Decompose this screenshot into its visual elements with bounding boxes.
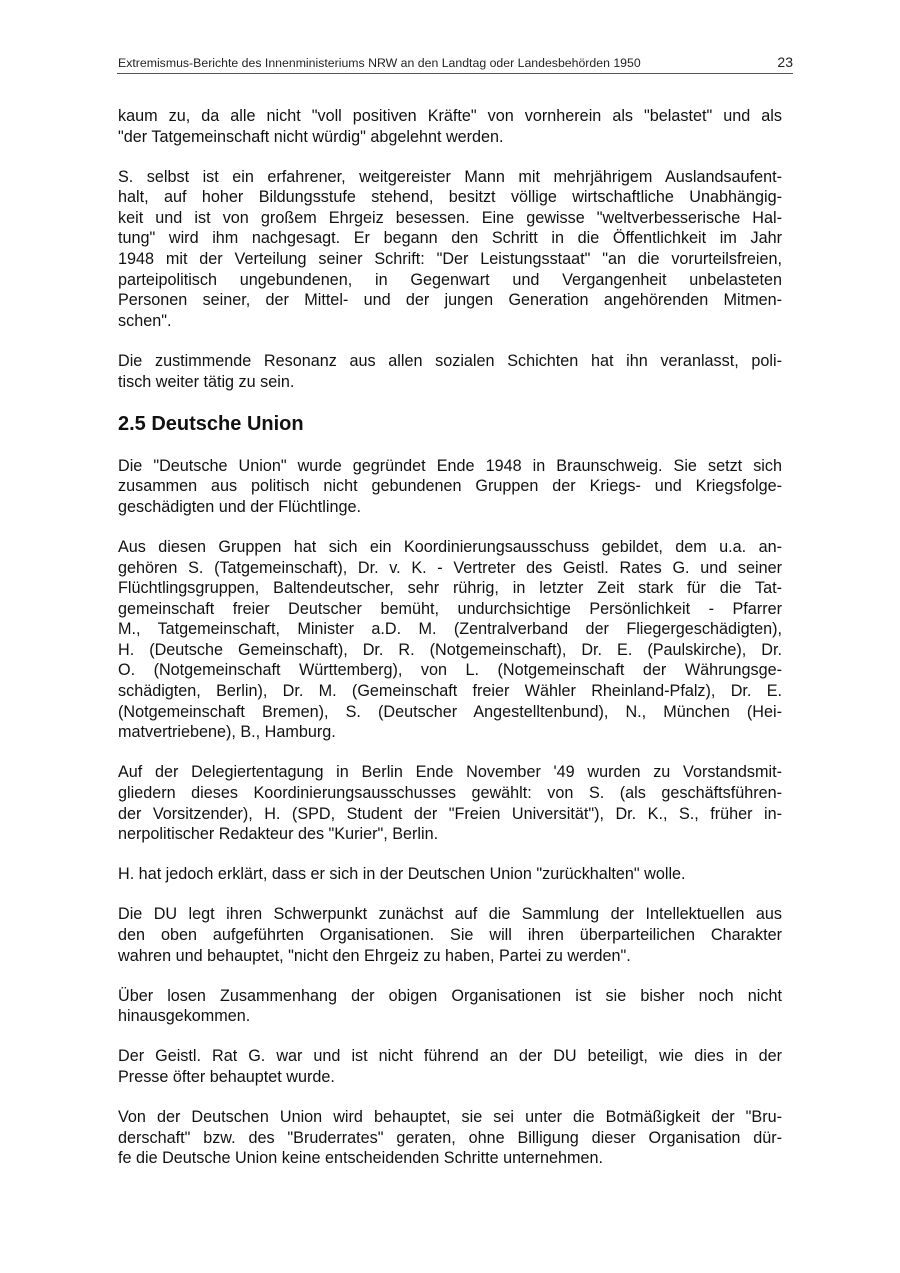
text-line: Der Geistl. Rat G. war und ist nicht füh… — [118, 1046, 782, 1067]
text-line: wahren und behauptet, "nicht den Ehrgeiz… — [118, 946, 782, 967]
text-line: Presse öfter behauptet wurde. — [118, 1067, 782, 1088]
text-line: gehören S. (Tatgemeinschaft), Dr. v. K. … — [118, 558, 782, 579]
text-line: nerpolitischer Redakteur des "Kurier", B… — [118, 824, 782, 845]
paragraph: Aus diesen Gruppen hat sich ein Koordini… — [118, 537, 782, 743]
text-line: fe die Deutsche Union keine entscheidend… — [118, 1148, 782, 1169]
text-line: hinausgekommen. — [118, 1006, 782, 1027]
text-line: Die zustimmende Resonanz aus allen sozia… — [118, 351, 782, 372]
text-line: gemeinschaft freier Deutscher bemüht, un… — [118, 599, 782, 620]
text-line: Von der Deutschen Union wird behauptet, … — [118, 1107, 782, 1128]
text-line: geschädigten und der Flüchtlinge. — [118, 497, 782, 518]
text-line: tung" wird ihm nachgesagt. Er begann den… — [118, 228, 782, 249]
text-line: S. selbst ist ein erfahrener, weitgereis… — [118, 167, 782, 188]
paragraph: Die zustimmende Resonanz aus allen sozia… — [118, 351, 782, 392]
text-line: den oben aufgeführten Organisationen. Si… — [118, 925, 782, 946]
text-line: (Notgemeinschaft Bremen), S. (Deutscher … — [118, 702, 782, 723]
text-line: Flüchtlingsgruppen, Baltendeutscher, seh… — [118, 578, 782, 599]
text-line: Auf der Delegiertentagung in Berlin Ende… — [118, 762, 782, 783]
text-line: keit und ist von großem Ehrgeiz besessen… — [118, 208, 782, 229]
paragraph: S. selbst ist ein erfahrener, weitgereis… — [118, 167, 782, 332]
text-line: der Vorsitzender), H. (SPD, Student der … — [118, 804, 782, 825]
text-line: parteipolitisch ungebundenen, in Gegenwa… — [118, 270, 782, 291]
text-line: zusammen aus politisch nicht gebundenen … — [118, 476, 782, 497]
text-line: H. (Deutsche Gemeinschaft), Dr. R. (Notg… — [118, 640, 782, 661]
text-line: kaum zu, da alle nicht "voll positiven K… — [118, 106, 782, 127]
text-line: schädigten, Berlin), Dr. M. (Gemeinschaf… — [118, 681, 782, 702]
paragraph: Die "Deutsche Union" wurde gegründet End… — [118, 456, 782, 518]
running-header: Extremismus-Berichte des Innenministeriu… — [117, 53, 793, 74]
text-line: matvertriebene), B., Hamburg. — [118, 722, 782, 743]
page-number: 23 — [777, 54, 793, 70]
text-line: H. hat jedoch erklärt, dass er sich in d… — [118, 864, 782, 885]
section-heading: 2.5 Deutsche Union — [118, 412, 782, 436]
text-line: Aus diesen Gruppen hat sich ein Koordini… — [118, 537, 782, 558]
text-line: 1948 mit der Verteilung seiner Schrift: … — [118, 249, 782, 270]
paragraphs-before-heading: kaum zu, da alle nicht "voll positiven K… — [118, 106, 782, 392]
text-line: "der Tatgemeinschaft nicht würdig" abgel… — [118, 127, 782, 148]
paragraphs-after-heading: Die "Deutsche Union" wurde gegründet End… — [118, 456, 782, 1169]
paragraph: Von der Deutschen Union wird behauptet, … — [118, 1107, 782, 1169]
text-line: tisch weiter tätig zu sein. — [118, 372, 782, 393]
text-line: Personen seiner, der Mittel- und der jun… — [118, 290, 782, 311]
paragraph: Der Geistl. Rat G. war und ist nicht füh… — [118, 1046, 782, 1087]
text-line: M., Tatgemeinschaft, Minister a.D. M. (Z… — [118, 619, 782, 640]
header-title: Extremismus-Berichte des Innenministeriu… — [118, 56, 641, 70]
document-body: kaum zu, da alle nicht "voll positiven K… — [118, 106, 782, 1188]
text-line: derschaft" bzw. des "Bruderrates" gerate… — [118, 1128, 782, 1149]
text-line: gliedern dieses Koordinierungsausschusse… — [118, 783, 782, 804]
text-line: O. (Notgemeinschaft Württemberg), von L.… — [118, 660, 782, 681]
paragraph: Über losen Zusammenhang der obigen Organ… — [118, 986, 782, 1027]
text-line: schen". — [118, 311, 782, 332]
paragraph: kaum zu, da alle nicht "voll positiven K… — [118, 106, 782, 147]
paragraph: Auf der Delegiertentagung in Berlin Ende… — [118, 762, 782, 844]
text-line: Die "Deutsche Union" wurde gegründet End… — [118, 456, 782, 477]
text-line: halt, auf hoher Bildungsstufe stehend, b… — [118, 187, 782, 208]
paragraph: Die DU legt ihren Schwerpunkt zunächst a… — [118, 904, 782, 966]
text-line: Über losen Zusammenhang der obigen Organ… — [118, 986, 782, 1007]
paragraph: H. hat jedoch erklärt, dass er sich in d… — [118, 864, 782, 885]
text-line: Die DU legt ihren Schwerpunkt zunächst a… — [118, 904, 782, 925]
